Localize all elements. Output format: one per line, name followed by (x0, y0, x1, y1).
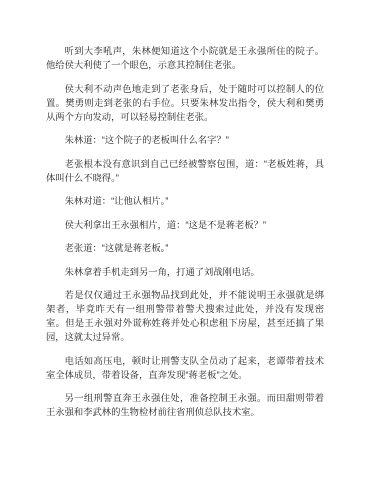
paragraph: 若是仅仅通过王永强物品找到此处，并不能说明王永强就是绑架者，毕竟昨天有一组刑警带… (46, 288, 324, 344)
book-page: 听到大李吼声，朱林便知道这个小院就是王永强所住的院子。他给侯大利使了一个眼色，示… (0, 0, 370, 480)
paragraph: 听到大李吼声，朱林便知道这个小院就是王永强所住的院子。他给侯大利使了一个眼色，示… (46, 44, 324, 72)
paragraph: 侯大利拿出王永强相片，道：“这是不是蒋老板？” (46, 218, 324, 232)
paragraph: 朱林道：“这个院子的老板叫什么名字？” (46, 133, 324, 147)
page-text: 听到大李吼声，朱林便知道这个小院就是王永强所住的院子。他给侯大利使了一个眼色，示… (46, 44, 324, 429)
paragraph: 朱林拿着手机走到另一角，打通了刘战刚电话。 (46, 265, 324, 279)
paragraph: 老张道：“这就是蒋老板。” (46, 241, 324, 255)
paragraph: 侯大利不动声色地走到了老张身后，处于随时可以控制人的位置。樊勇则走到老张的右手位… (46, 82, 324, 124)
paragraph: 电话如高压电，顿时让刑警支队全员动了起来，老谭带着技术室全体成员，带着设备，直奔… (46, 354, 324, 382)
paragraph: 朱林对道：“让他认相片。” (46, 194, 324, 208)
paragraph: 老张根本没有意识到自己已经被警察包围，道：“老板姓蒋，具体叫什么不晓得。” (46, 157, 324, 185)
paragraph: 另一组刑警直奔王永强住处，准备控制王永强。而田甜则带着王永强和李武林的生物检材前… (46, 391, 324, 419)
